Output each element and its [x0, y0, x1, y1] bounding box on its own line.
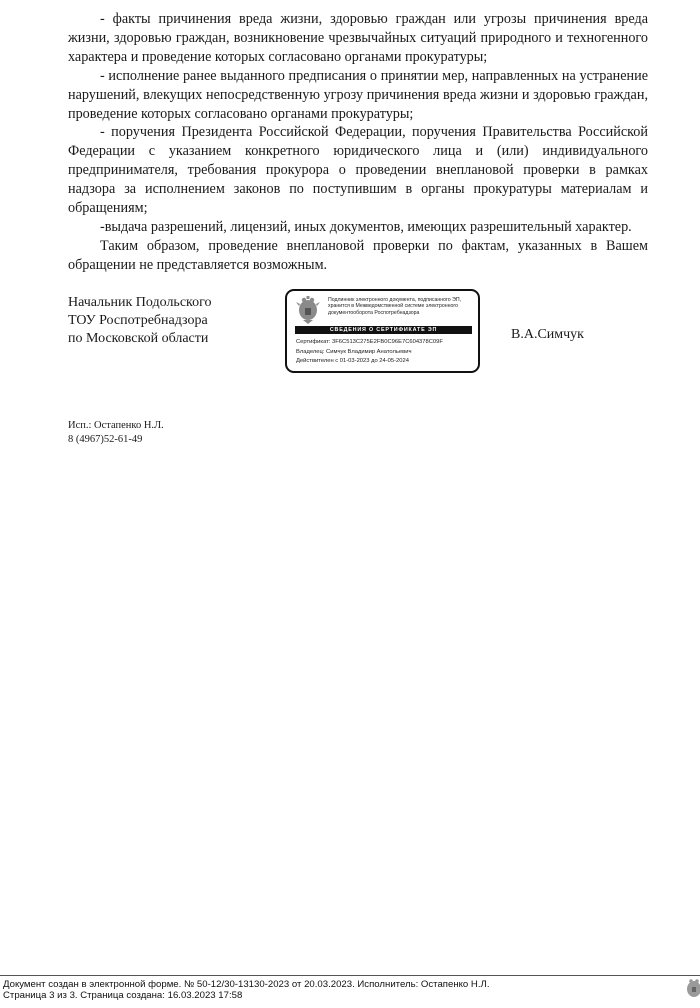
certificate-validity: Действителен с 01-03-2023 до 24-05-2024	[296, 357, 443, 367]
coat-of-arms-icon	[686, 978, 700, 1000]
footer-divider	[0, 975, 700, 976]
certificate-owner: Владелец: Симчук Владимир Анатольевич	[296, 348, 443, 358]
page-footer: Документ создан в электронной форме. № 5…	[3, 979, 489, 1001]
paragraph-prescription: - исполнение ранее выданного предписания…	[68, 67, 648, 124]
paragraph-conclusion: Таким образом, проведение внеплановой пр…	[68, 237, 648, 275]
paragraph-harm-facts: - факты причинения вреда жизни, здоровью…	[68, 10, 648, 67]
signatory-position: Начальник Подольского ТОУ Роспотребнадзо…	[68, 294, 212, 348]
stamp-header-text: Подлинник электронного документа, подпис…	[328, 297, 478, 316]
certificate-number: Сертификат: 3F6C513C275E2FB0C96E7C604378…	[296, 338, 443, 348]
position-line: по Московской области	[68, 330, 212, 348]
executor-name: Исп.: Остапенко Н.Л.	[68, 419, 164, 433]
paragraph-permits: -выдача разрешений, лицензий, иных докум…	[68, 218, 648, 237]
position-line: Начальник Подольского	[68, 294, 212, 312]
position-line: ТОУ Роспотребнадзора	[68, 312, 212, 330]
footer-document-info: Документ создан в электронной форме. № 5…	[3, 979, 489, 990]
paragraph-president-orders: - поручения Президента Российской Федера…	[68, 123, 648, 218]
electronic-signature-stamp: Подлинник электронного документа, подпис…	[285, 289, 480, 373]
stamp-title-bar: СВЕДЕНИЯ О СЕРТИФИКАТЕ ЭП	[295, 326, 472, 334]
letter-body: - факты причинения вреда жизни, здоровью…	[68, 10, 648, 275]
footer-page-info: Страница 3 из 3. Страница создана: 16.03…	[3, 990, 489, 1001]
signatory-name: В.А.Симчук	[511, 327, 584, 343]
executor-phone: 8 (4967)52-61-49	[68, 433, 164, 447]
executor-info: Исп.: Остапенко Н.Л. 8 (4967)52-61-49	[68, 419, 164, 446]
coat-of-arms-icon	[296, 296, 320, 324]
